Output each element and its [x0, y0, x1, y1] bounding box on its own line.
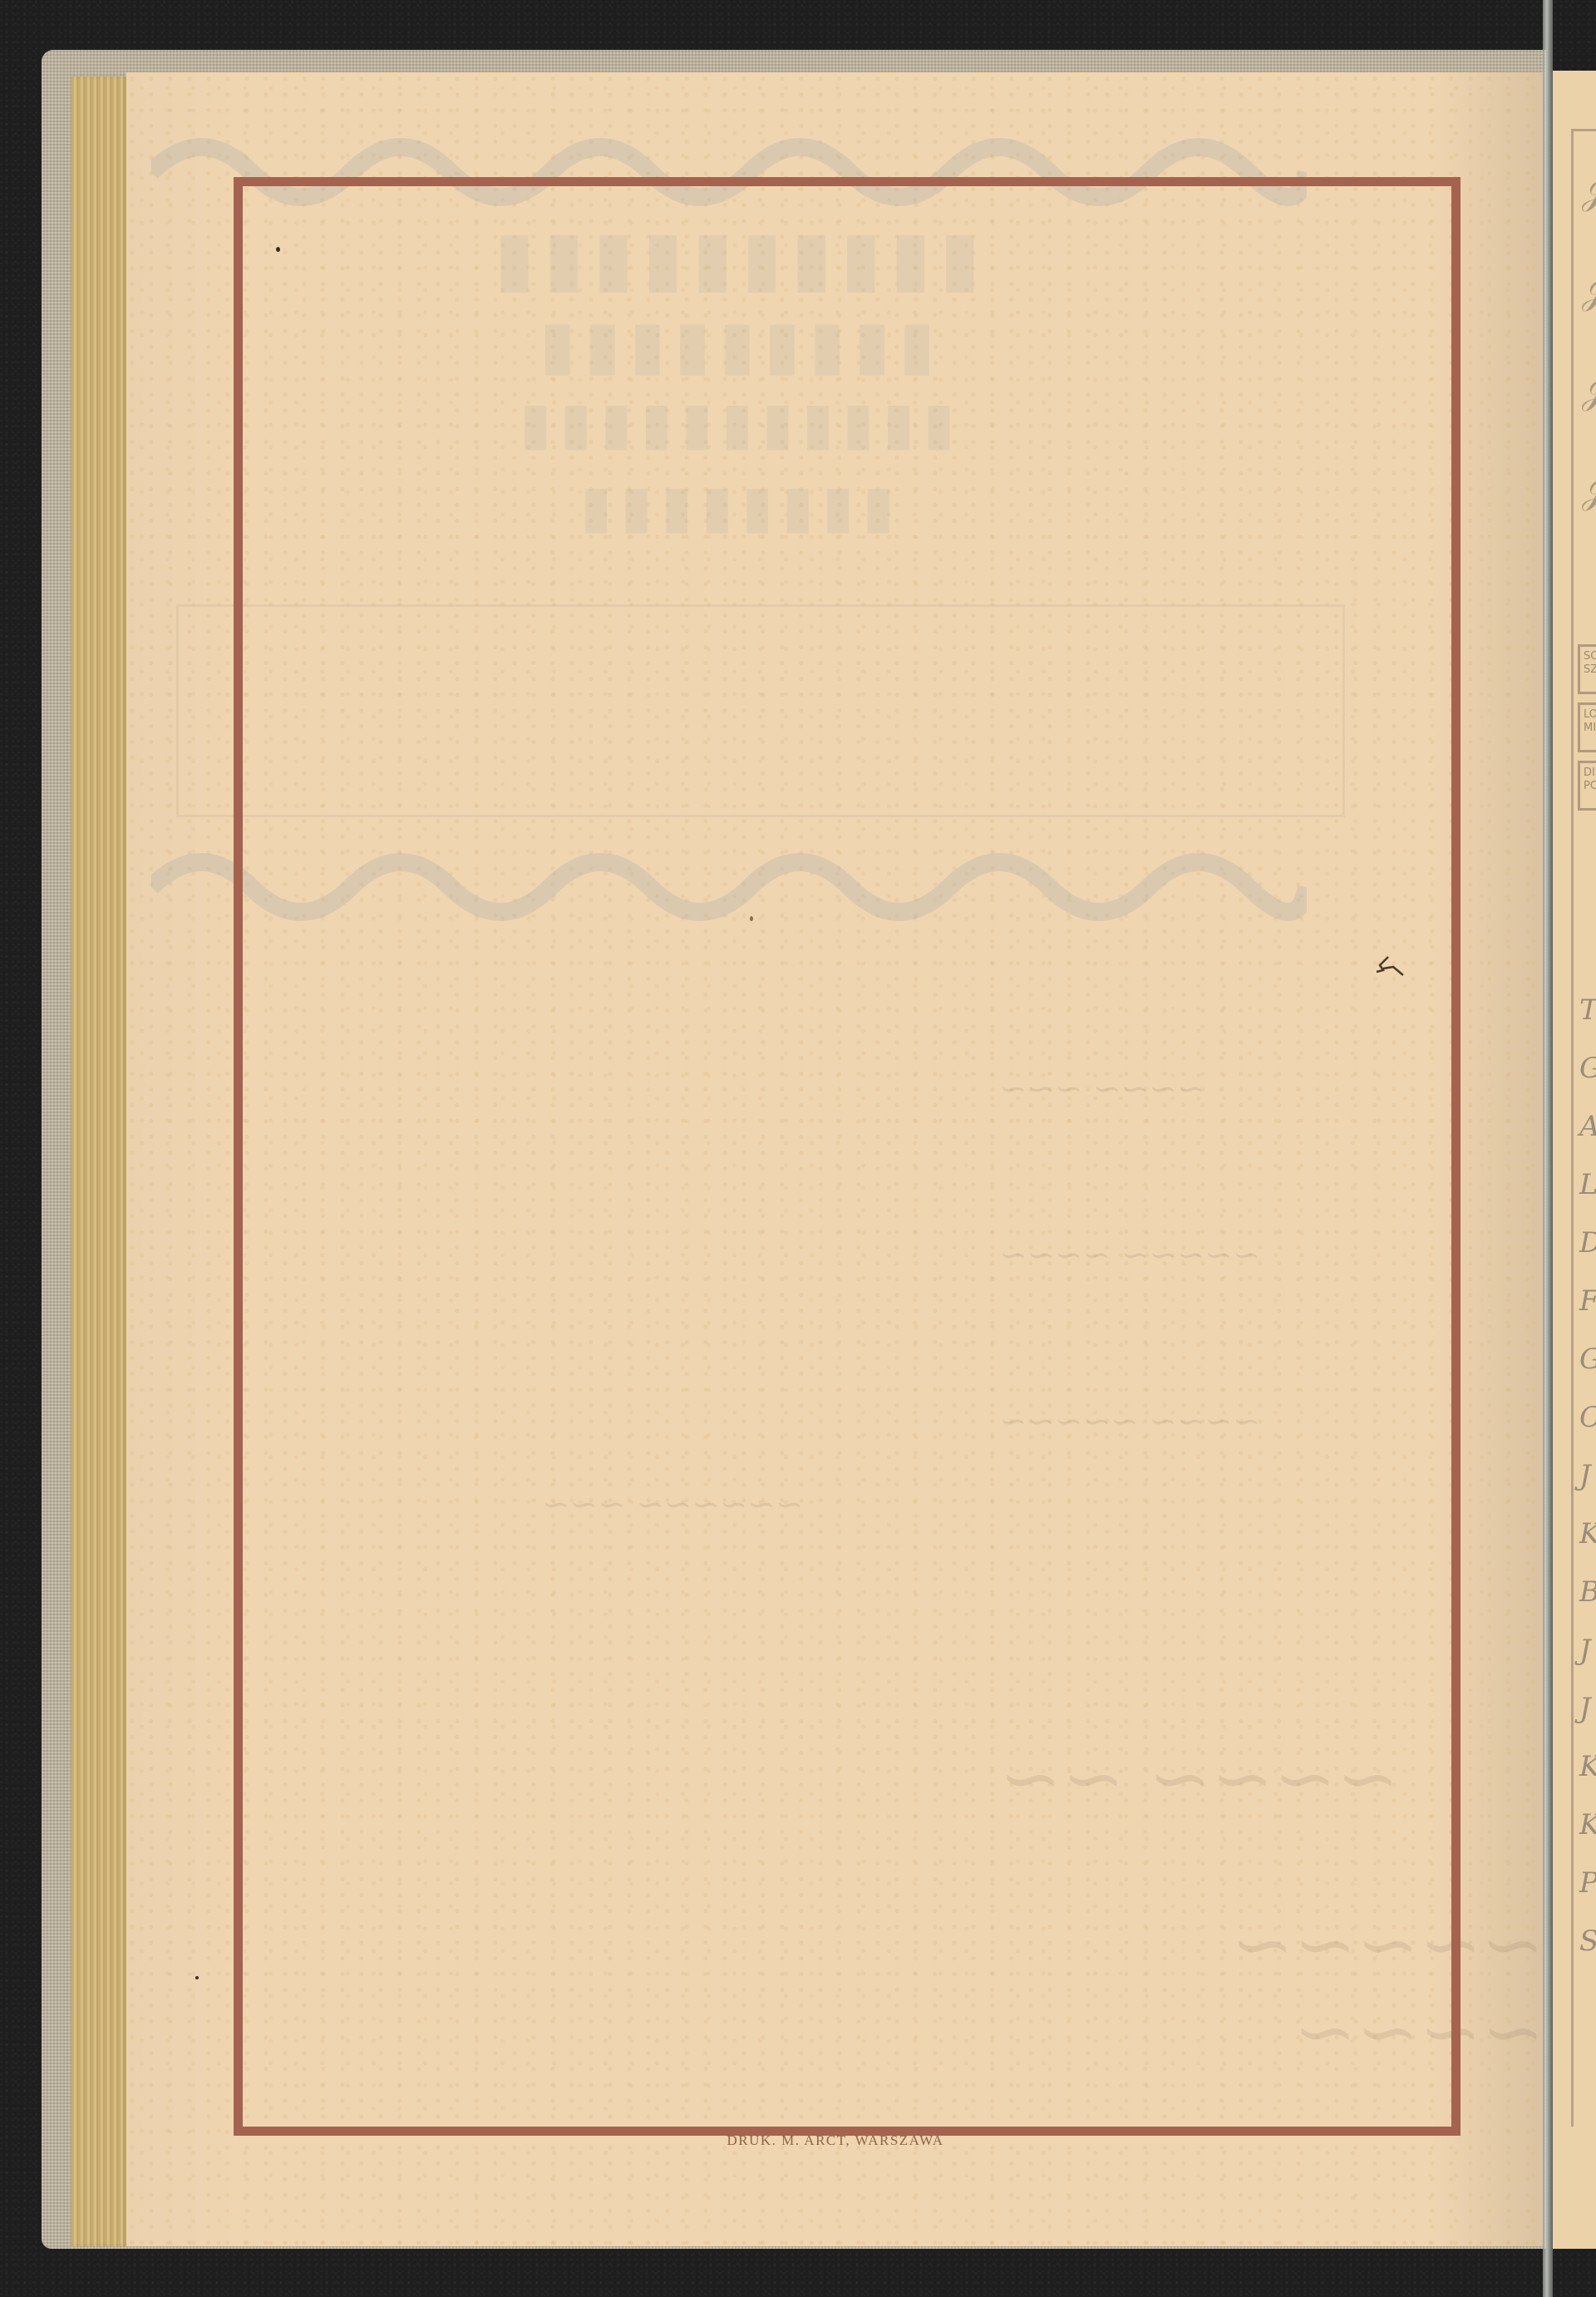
- adjacent-box-2: LO MI: [1578, 702, 1596, 752]
- adjacent-handwriting: F: [1579, 1284, 1596, 1318]
- adjacent-handwriting: D: [1579, 1226, 1596, 1259]
- adjacent-handwriting: S: [1579, 1925, 1596, 1958]
- adjacent-box-3: DIS PO: [1578, 761, 1596, 811]
- adjacent-handwriting: G: [1579, 1052, 1596, 1085]
- book-page: ▮▮▮▮▮▮▮▮▮▮ ▮▮▮▮▮▮▮▮▮ ▮▮▮▮▮▮▮▮▮▮▮ ▮▮▮▮▮▮▮…: [126, 72, 1544, 2246]
- adjacent-handwriting: C: [1579, 1401, 1596, 1434]
- adjacent-handwriting: J: [1579, 1634, 1591, 1667]
- ornament-letter-icon: 𝒥: [1582, 170, 1596, 213]
- ink-speck: [276, 247, 280, 252]
- adjacent-handwriting: P: [1579, 1866, 1596, 1900]
- glass-clamp-edge: [1543, 0, 1553, 2297]
- adjacent-handwriting: J: [1579, 1459, 1591, 1492]
- adjacent-handwriting: K: [1579, 1517, 1596, 1550]
- printer-imprint: DRUK. M. ARCT, WARSZAWA: [126, 2132, 1544, 2149]
- adjacent-handwriting: K: [1579, 1808, 1596, 1841]
- adjacent-handwriting: L: [1579, 1168, 1596, 1201]
- adjacent-handwriting: K: [1579, 1750, 1596, 1783]
- decorative-frame: [234, 177, 1461, 2136]
- page-edge-stack: [71, 76, 128, 2246]
- adjacent-handwriting: J: [1579, 1692, 1591, 1725]
- ornament-letter-icon: 𝒥: [1582, 270, 1596, 313]
- ink-speck: [750, 916, 753, 921]
- adjacent-page-strip: 𝒥 𝒥 𝒥 𝒥 SCH SZK LO MI DIS PO T G A L D F…: [1553, 71, 1596, 2249]
- ink-speck: [195, 1976, 199, 1979]
- debris-mark-icon: [1372, 955, 1405, 980]
- adjacent-handwriting: A: [1579, 1110, 1596, 1143]
- adjacent-handwriting: G: [1579, 1343, 1596, 1376]
- adjacent-handwriting: T: [1579, 993, 1596, 1027]
- adjacent-handwriting: B: [1579, 1575, 1596, 1609]
- ornament-letter-icon: 𝒥: [1582, 470, 1596, 512]
- adjacent-box-1: SCH SZK: [1578, 644, 1596, 694]
- ornament-letter-icon: 𝒥: [1582, 370, 1596, 412]
